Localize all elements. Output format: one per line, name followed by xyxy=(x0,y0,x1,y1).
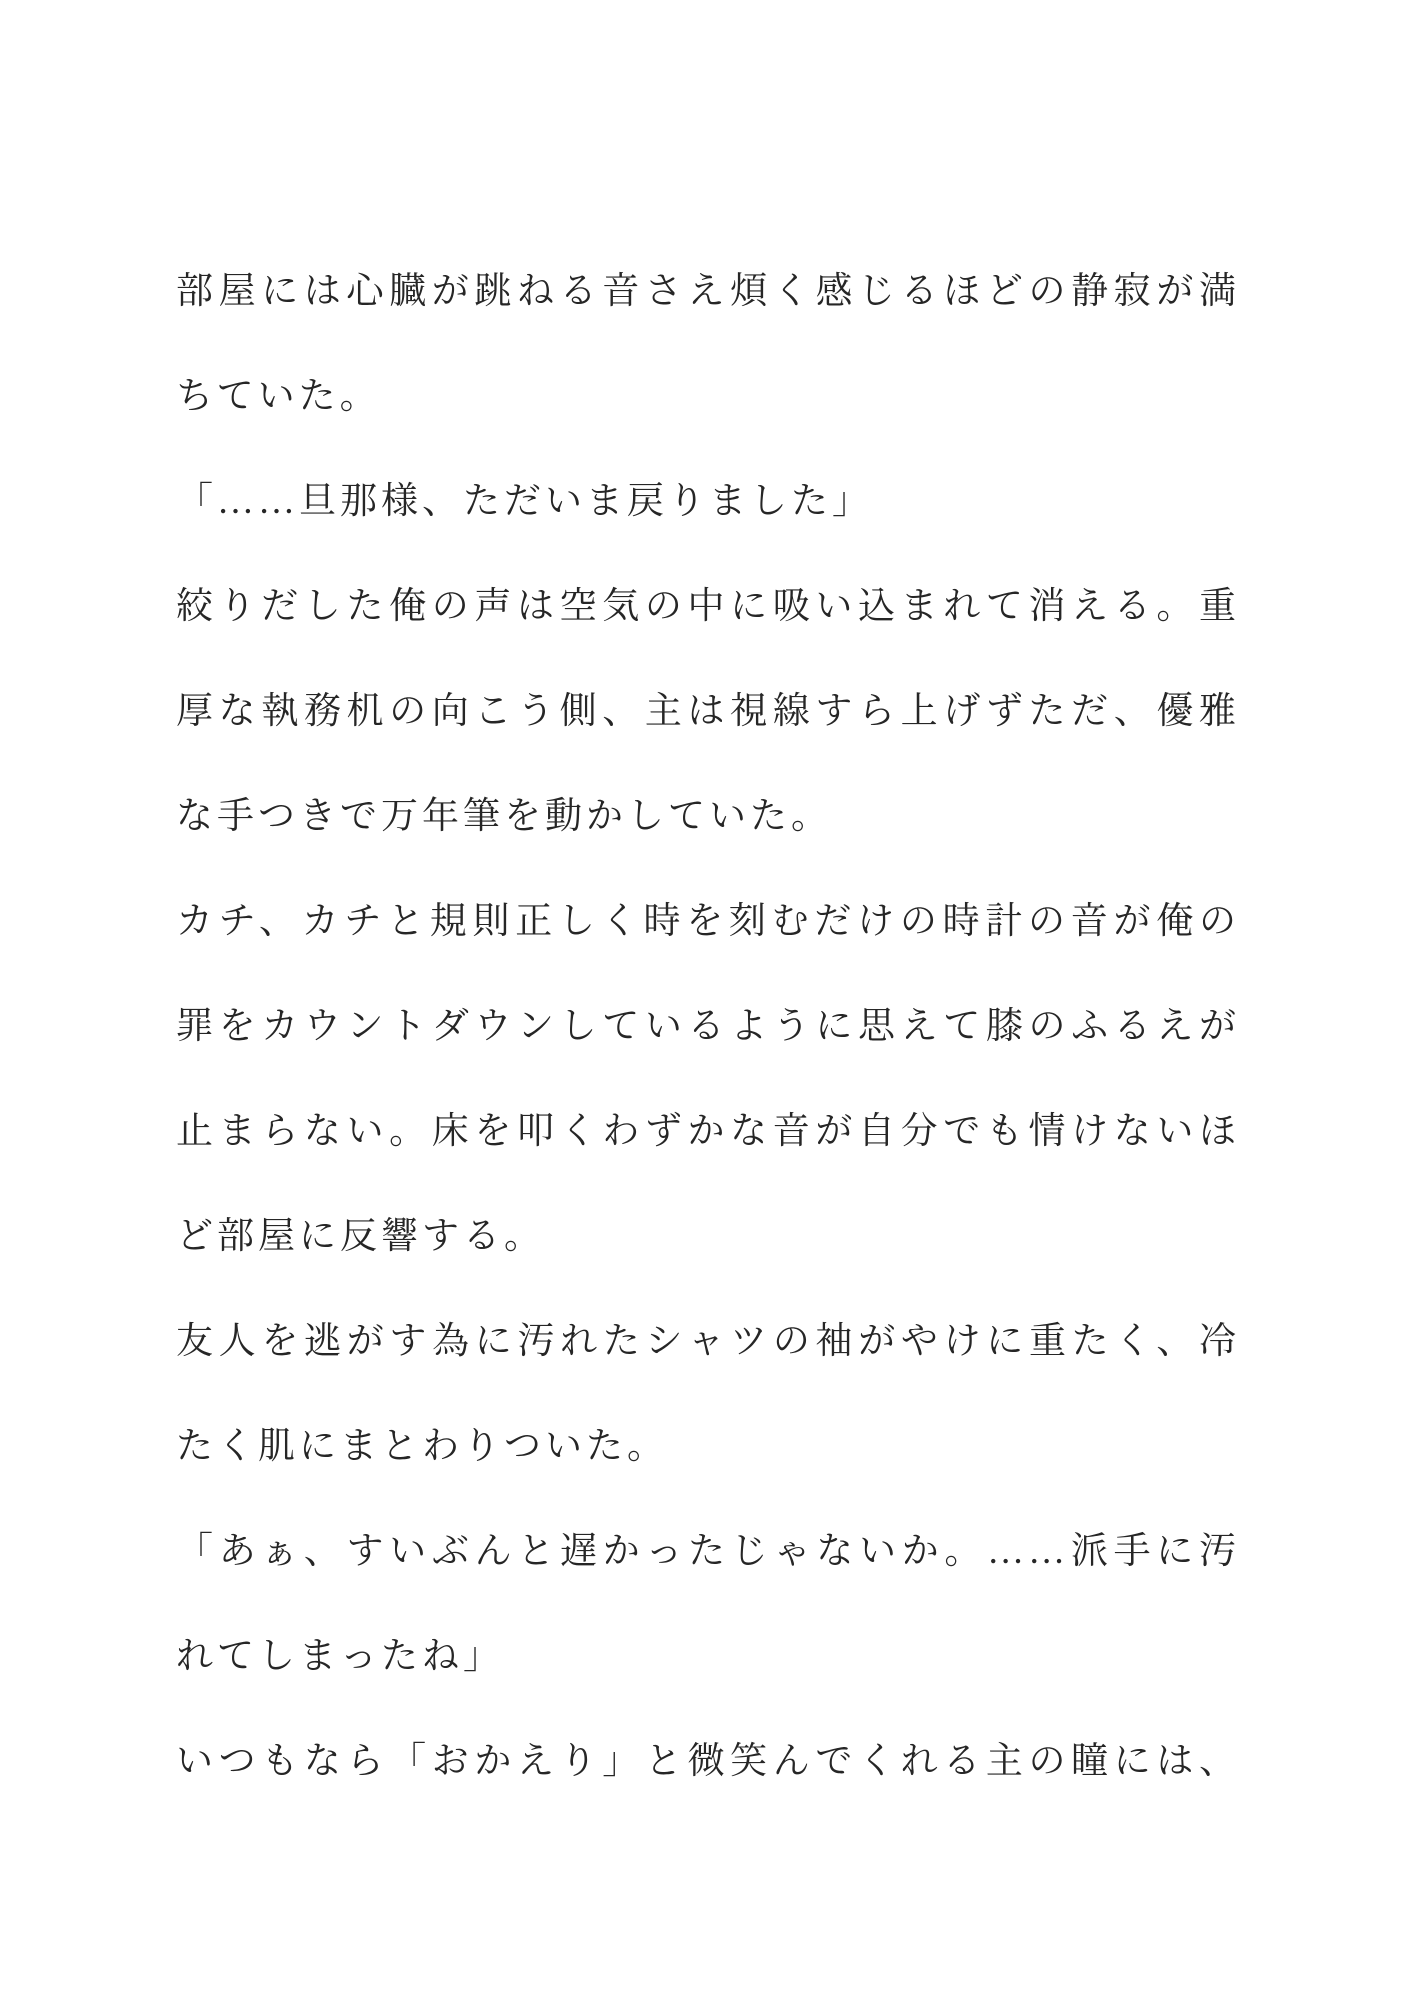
text-line: 「あぁ、すいぶんと遅かったじゃないか。……派手に汚 xyxy=(176,1499,1240,1604)
text-line: 部屋には心臓が跳ねる音さえ煩く感じるほどの静寂が満 xyxy=(176,239,1240,344)
text-line: ど部屋に反響する。 xyxy=(176,1184,1240,1289)
text-line: 絞りだした俺の声は空気の中に吸い込まれて消える。重 xyxy=(176,554,1240,659)
text-line: 罪をカウントダウンしているように思えて膝のふるえが xyxy=(176,974,1240,1079)
text-line: 厚な執務机の向こう側、主は視線すら上げずただ、優雅 xyxy=(176,659,1240,764)
text-line: な手つきで万年筆を動かしていた。 xyxy=(176,764,1240,869)
text-line: 「……旦那様、ただいま戻りました」 xyxy=(176,449,1240,554)
prose-text-block: 部屋には心臓が跳ねる音さえ煩く感じるほどの静寂が満ちていた。「……旦那様、ただい… xyxy=(176,239,1240,1814)
text-line: れてしまったね」 xyxy=(176,1604,1240,1709)
text-line: 止まらない。床を叩くわずかな音が自分でも情けないほ xyxy=(176,1079,1240,1184)
text-line: たく肌にまとわりついた。 xyxy=(176,1394,1240,1499)
document-page: 部屋には心臓が跳ねる音さえ煩く感じるほどの静寂が満ちていた。「……旦那様、ただい… xyxy=(0,0,1414,2000)
text-line: 友人を逃がす為に汚れたシャツの袖がやけに重たく、冷 xyxy=(176,1289,1240,1394)
text-line: いつもなら「おかえり」と微笑んでくれる主の瞳には、 xyxy=(176,1709,1240,1814)
text-line: ちていた。 xyxy=(176,344,1240,449)
text-line: カチ、カチと規則正しく時を刻むだけの時計の音が俺の xyxy=(176,869,1240,974)
